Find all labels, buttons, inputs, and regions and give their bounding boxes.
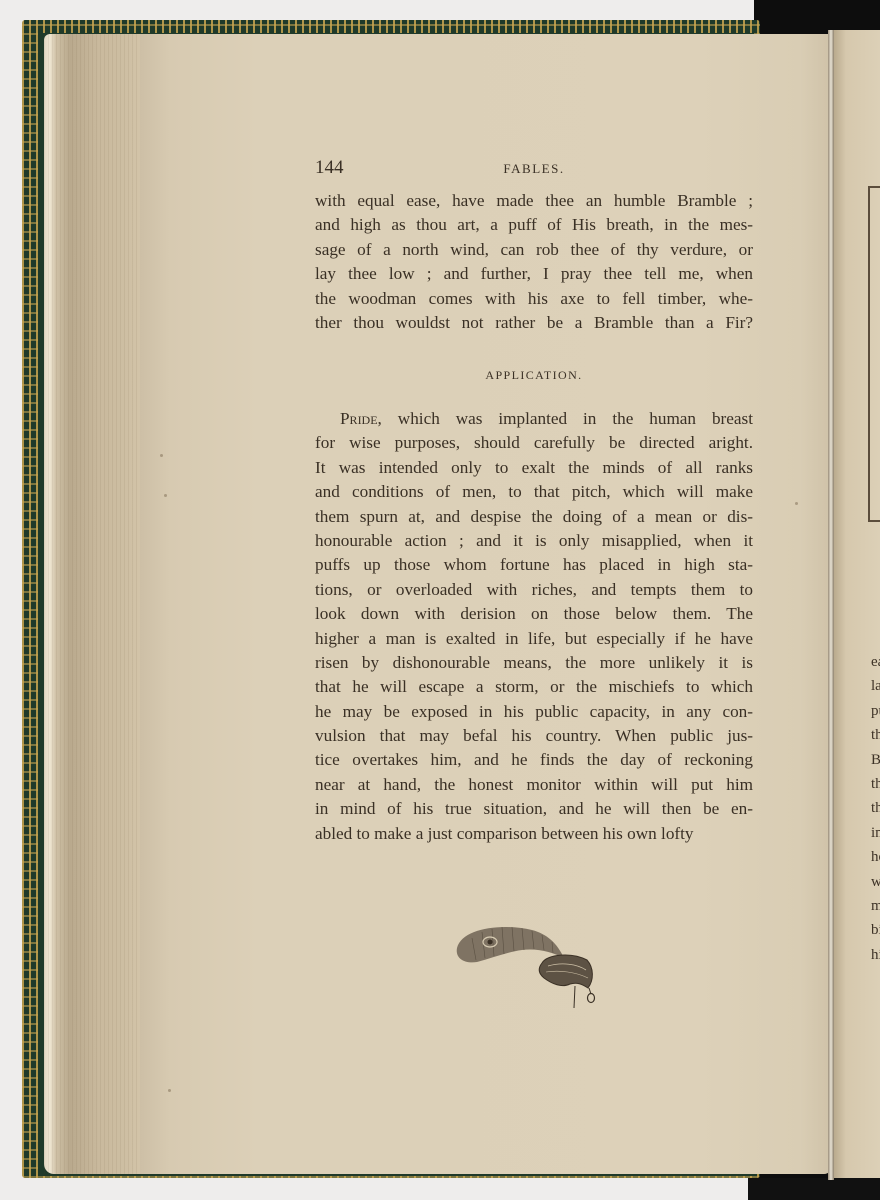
facing-line: ho <box>871 845 880 869</box>
text-line: tions, or overloaded with riches, and te… <box>315 578 753 602</box>
text-line: he may be exposed in his public capacity… <box>315 700 753 724</box>
text-line: for wise purposes, should carefully be d… <box>315 431 753 455</box>
foxing-spot <box>168 1089 171 1092</box>
foxing-spot <box>164 494 167 497</box>
running-head-title: FABLES. <box>315 161 753 177</box>
facing-line: ea <box>871 650 880 674</box>
facing-line: bi <box>871 918 880 942</box>
text-line: ther thou wouldst not rather be a Brambl… <box>315 311 753 335</box>
dark-background-bottom <box>748 1178 880 1200</box>
text-line: them spurn at, and despise the doing of … <box>315 505 753 529</box>
text-line: with equal ease, have made thee an humbl… <box>315 189 753 213</box>
text-line: look down with derision on those below t… <box>315 602 753 626</box>
text-line-last: abled to make a just comparison between … <box>315 822 753 846</box>
foxing-spot <box>795 502 798 505</box>
feathered-cap-vignette-icon <box>452 918 602 1013</box>
text-line: puffs up those whom fortune has placed i… <box>315 553 753 577</box>
facing-line: th <box>871 796 880 820</box>
facing-page-text: ea la pu th B th th in ho w m bi hi <box>871 650 880 967</box>
text-line: sage of a north wind, can rob thee of th… <box>315 238 753 262</box>
running-head: 144 FABLES. <box>315 157 753 181</box>
text-line: and high as thou art, a puff of His brea… <box>315 213 753 237</box>
text-line: in mind of his true situation, and he wi… <box>315 797 753 821</box>
facing-line: pu <box>871 699 880 723</box>
foxing-spot <box>160 454 163 457</box>
text-line: vulsion that may befal his country. When… <box>315 724 753 748</box>
drop-word: Pride, <box>340 409 382 428</box>
facing-line: m <box>871 894 880 918</box>
page-fore-edge <box>44 34 154 1174</box>
text-line: It was intended only to exalt the minds … <box>315 456 753 480</box>
facing-line: th <box>871 772 880 796</box>
text-line: tice overtakes him, and he finds the day… <box>315 748 753 772</box>
first-line-rest: which was implanted in the human breast <box>382 409 753 428</box>
text-line: lay thee low ; and further, I pray thee … <box>315 262 753 286</box>
text-line: risen by dishonourable means, the more u… <box>315 651 753 675</box>
facing-line: B <box>871 748 880 772</box>
facing-line: w <box>871 870 880 894</box>
text-line: that he will escape a storm, or the misc… <box>315 675 753 699</box>
application-paragraph: Pride, which was implanted in the human … <box>315 407 753 846</box>
text-line-first: Pride, which was implanted in the human … <box>315 407 753 431</box>
facing-line: hi <box>871 943 880 967</box>
facing-line: la <box>871 674 880 698</box>
text-line: near at hand, the honest monitor within … <box>315 773 753 797</box>
section-heading: APPLICATION. <box>315 368 753 383</box>
facing-plate-frame <box>868 186 880 522</box>
text-line: higher a man is exalted in life, but esp… <box>315 627 753 651</box>
text-line: and conditions of men, to that pitch, wh… <box>315 480 753 504</box>
facing-line: th <box>871 723 880 747</box>
text-line: honourable action ; and it is only misap… <box>315 529 753 553</box>
fable-continuation: with equal ease, have made thee an humbl… <box>315 189 753 335</box>
text-line: the woodman comes with his axe to fell t… <box>315 287 753 311</box>
facing-line: in <box>871 821 880 845</box>
